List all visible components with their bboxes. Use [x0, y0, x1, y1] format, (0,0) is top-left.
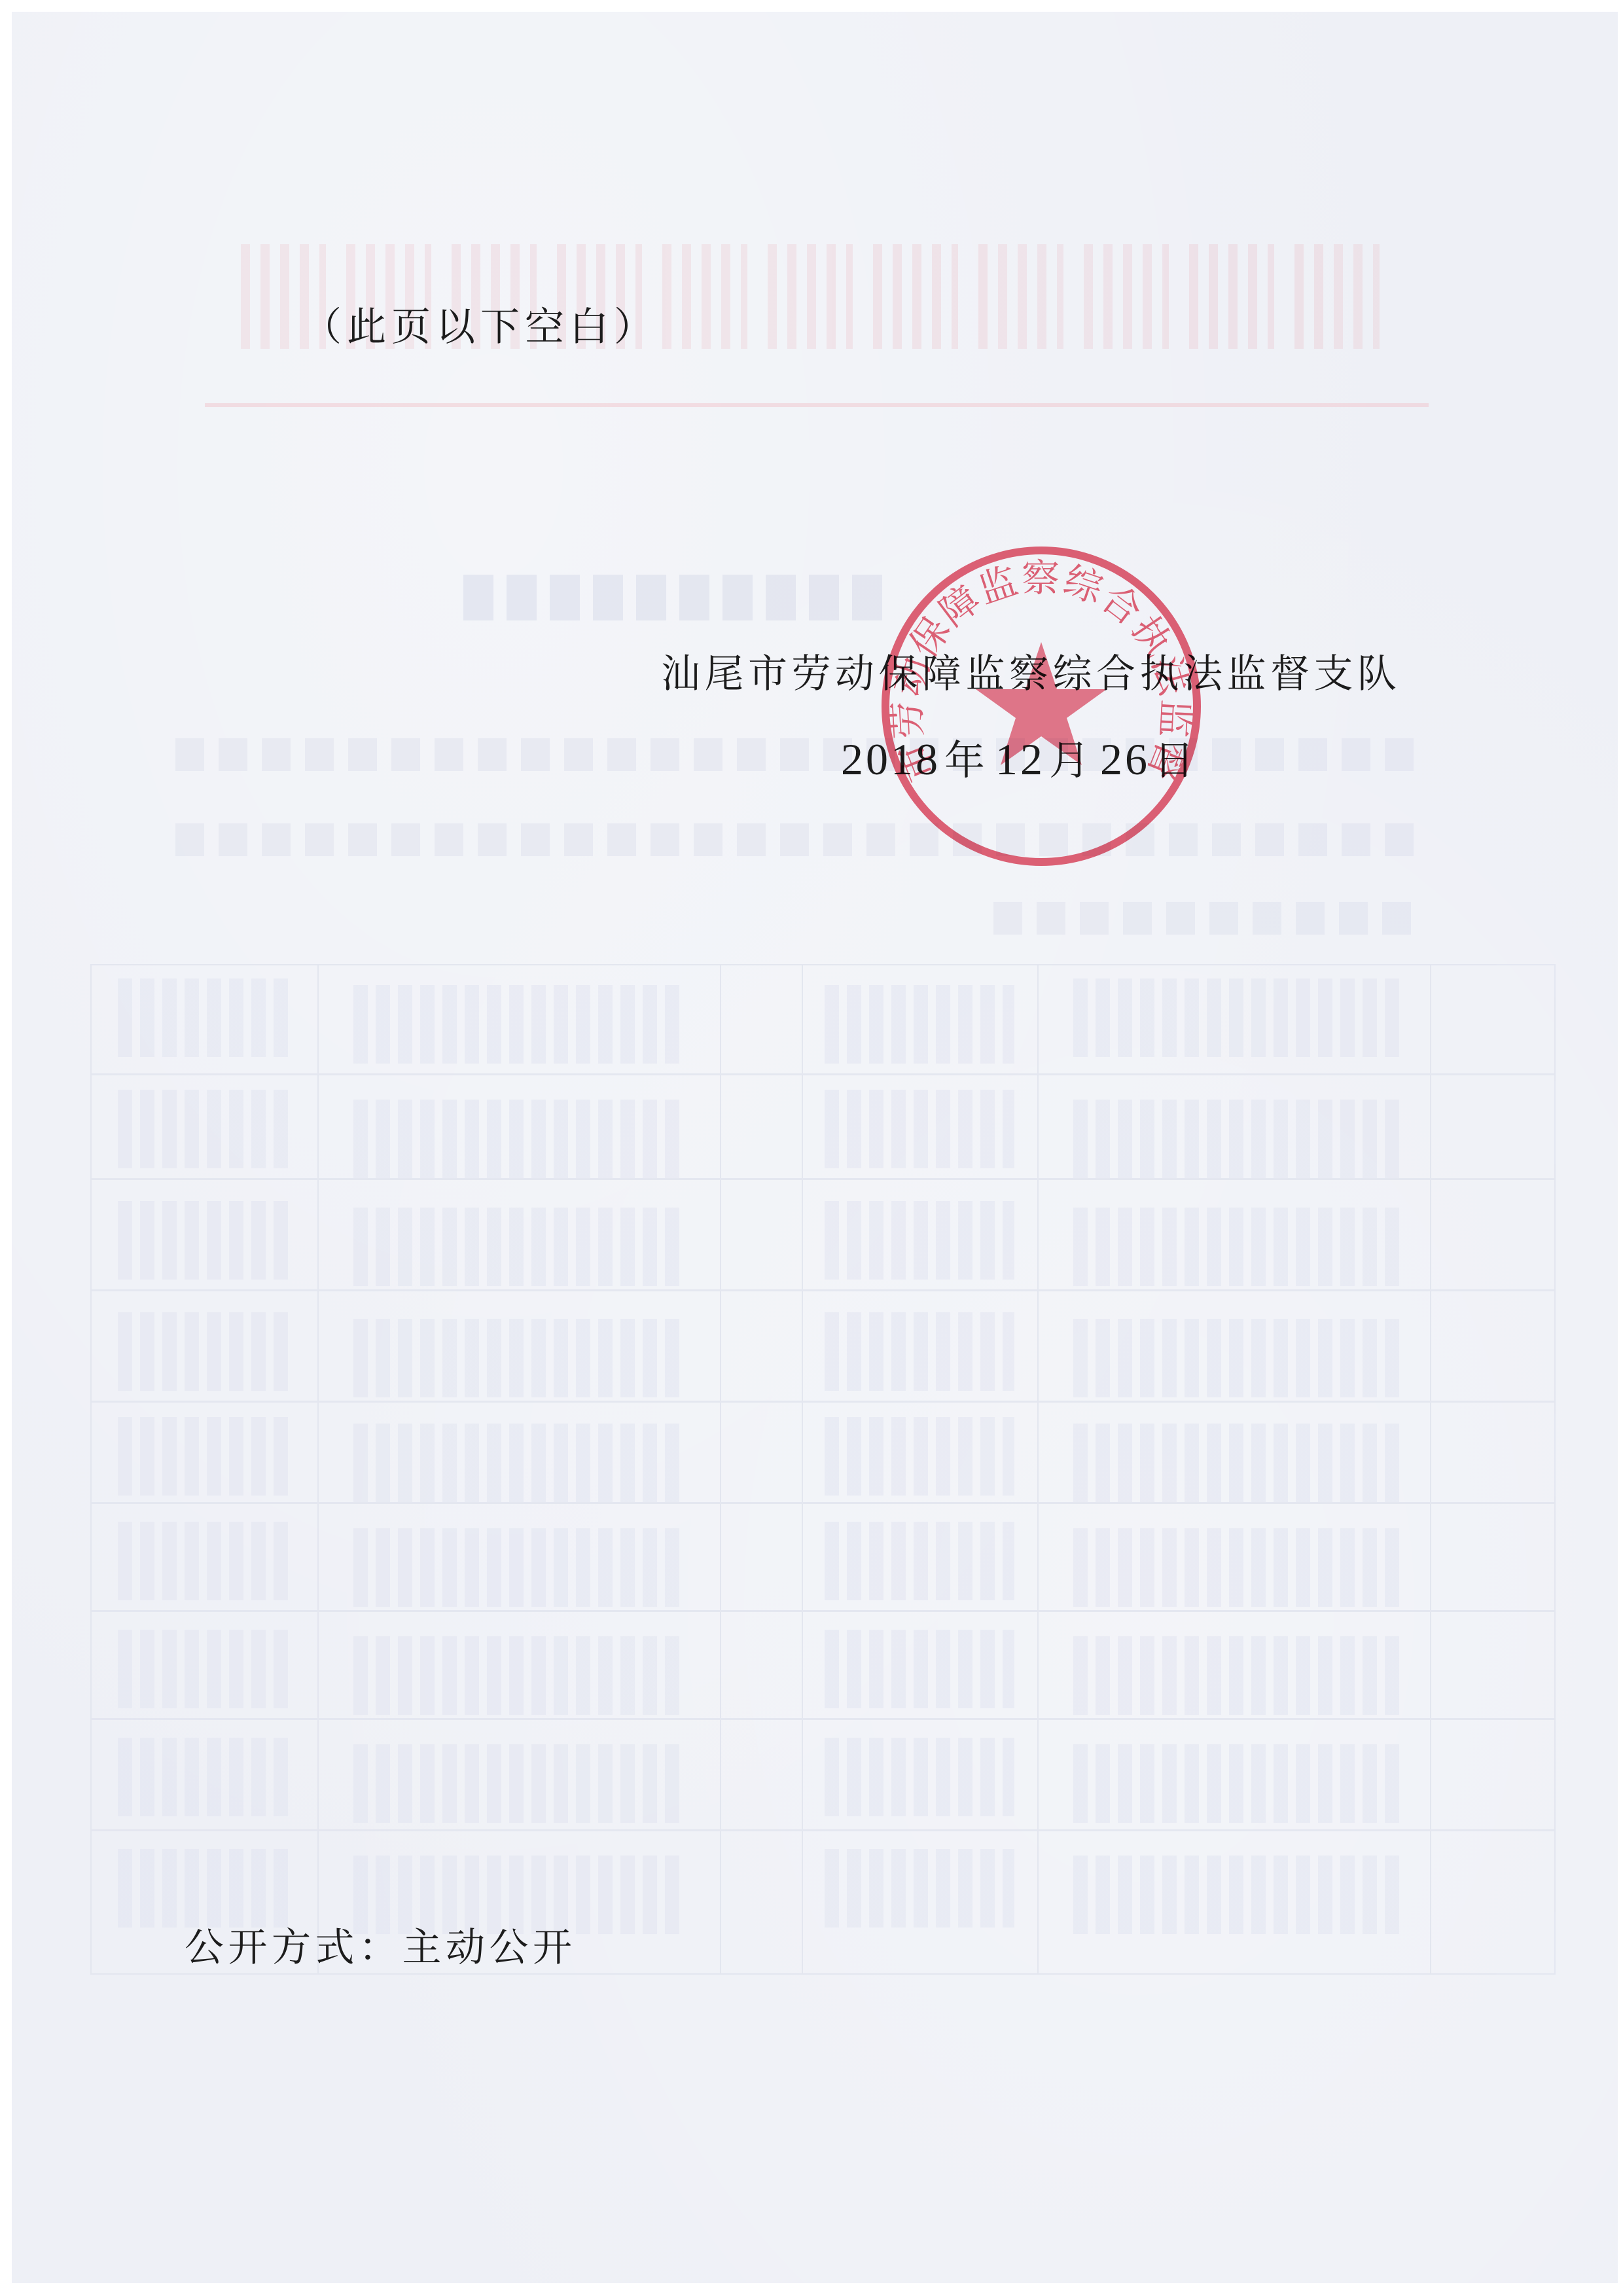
- show-through-paragraph-line: [175, 823, 1419, 856]
- show-through-red-rule: [205, 403, 1429, 407]
- official-seal: 汕尾市劳动保障监察综合执法监督支队: [879, 544, 1204, 869]
- blank-page-note: （此页以下空白）: [302, 308, 658, 347]
- disclosure-method: 公开方式：主动公开: [185, 1928, 577, 1967]
- star-icon: [976, 642, 1107, 765]
- show-through-paragraph-line: [993, 902, 1412, 935]
- show-through-paragraph-line: [175, 738, 1419, 771]
- show-through-subtitle: [463, 575, 882, 620]
- show-through-table: [90, 964, 1556, 1975]
